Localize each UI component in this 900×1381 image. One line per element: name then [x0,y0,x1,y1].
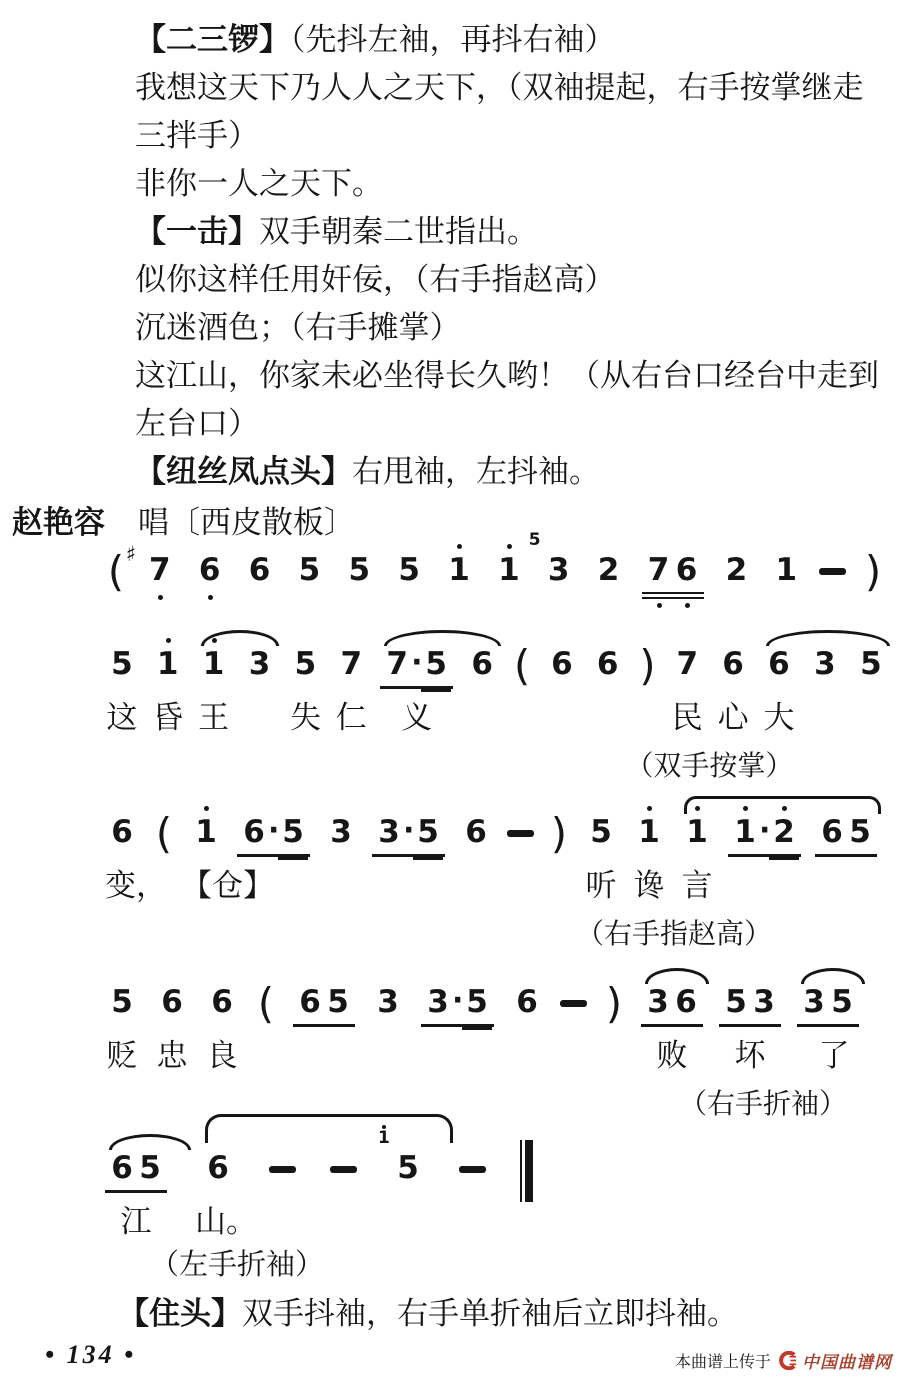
jianpu-note: 6 [673,552,701,588]
slur-group: 635 [762,646,900,682]
text-line: 【纽丝凤点头】右甩袖，左抖袖。 [135,448,897,496]
lyric-syllable: 贬 [107,1030,138,1075]
lyrics-row: 贬忠良败坏了 [105,1030,900,1070]
jianpu-note: 5 [279,814,307,850]
lyric-syllable: 【仓】 [181,860,274,905]
jianpu-notes-row: 65651 [105,1136,900,1202]
lyric-syllable: 心 [718,692,749,737]
music-paren: ( [153,814,175,854]
jianpu-note: 5 [105,984,139,1020]
jianpu-note: 6 [465,646,499,689]
octave-dot-above [457,544,462,549]
stage-direction: （右手指赵高） [576,912,772,952]
duration-dash [560,1000,587,1007]
grace-note: 5 [529,532,541,549]
jianpu-note: 6 [716,646,750,682]
jianpu-note: 6 [193,552,227,588]
augmentation-dot: · [411,646,422,680]
grace-note: 1 [378,1130,390,1147]
duration-dash [819,568,846,575]
beamed-note-group: 65 [293,984,355,1027]
speaker-line: 赵艳容唱〔西皮散板〕 [12,497,872,542]
beamed-note-group: 36 [641,984,703,1027]
music-paren: ) [548,814,570,854]
beamed-note-group: 1·2 [728,814,801,857]
jianpu-note: 3 [800,984,828,1020]
barline-thick [525,1140,533,1202]
text-line: 非你一人之天下。 [135,160,897,208]
jianpu-note: 6 [591,646,625,682]
jianpu-note: 5 [414,814,442,850]
jianpu-note: 3 [750,984,778,1020]
score-page: 【二三锣】（先抖左袖，再抖右袖）我想这天下乃人人之天下，（双袖提起，右手按掌继走… [0,0,900,1381]
jianpu-note: 5 [342,552,376,588]
octave-dot-above [695,806,700,811]
duration-dash [459,1166,486,1173]
duration-dash [330,1166,357,1173]
octave-dot-above [743,806,748,811]
augmentation-dot: · [268,814,279,848]
percussion-pattern-label: 【住头】 [118,1296,242,1331]
slur-group: 651 [201,1150,459,1186]
music-paren: ( [511,646,533,686]
barline-thin [520,1140,522,1202]
jianpu-note: 1 [151,646,185,682]
jianpu-note: 6 [240,814,268,850]
stage-direction-row: （双手按掌） [105,744,900,784]
augmentation-dot: · [403,814,414,848]
lyric-syllable: 江 [121,1196,152,1241]
beamed-note-group: 3·5 [421,984,494,1027]
augmentation-dot: · [452,984,463,1018]
beamed-note-group: 76 [642,552,704,599]
jianpu-note: 3 [324,814,358,850]
octave-dot-above [204,806,209,811]
jianpu-note: 6 [672,984,700,1020]
jianpu-note: 5 [105,646,139,682]
jianpu-note: 7 [670,646,704,682]
stage-direction: （双手按掌） [625,744,793,784]
stage-directions-block: 【二三锣】（先抖左袖，再抖右袖）我想这天下乃人人之天下，（双袖提起，右手按掌继走… [135,16,897,496]
jianpu-note: 1 [680,814,714,857]
music-line-4: 65651江山。 [105,1136,900,1236]
jianpu-note: 3 [371,984,405,1020]
octave-dot-above [507,544,512,549]
augmentation-dot: · [759,814,770,848]
jianpu-note: 1 [492,552,526,588]
upload-note-text: 本曲谱上传于 [675,1349,771,1372]
beamed-note-group: 7·5 [380,646,453,689]
lyric-syllable: 变， [105,860,167,905]
final-barline [520,1140,533,1202]
jianpu-note: 5 [136,1150,164,1186]
jianpu-note: 6 [108,1150,136,1186]
jianpu-note: 1 [189,814,223,850]
text-line: 似你这样任用奸佞，（右手指赵高） [135,256,897,304]
stage-direction-left-sleeve: （左手折袖） [150,1242,324,1283]
octave-dot-above [166,638,171,643]
closing-direction-text: 双手抖袖，右手单折袖后立即抖袖。 [242,1296,738,1331]
jianpu-note: 6 [243,552,277,588]
text-line: 【一击】双手朝秦二世指出。 [135,208,897,256]
speaker-name: 赵艳容 [12,505,105,540]
beamed-note-group: 3·5 [372,814,445,857]
jianpu-note: 5 [463,984,491,1020]
beamed-note-group: 6·5 [237,814,310,857]
jianpu-note: 7 [645,552,673,588]
duration-dash [269,1166,296,1173]
jianpu-note: 35 [542,552,576,588]
jianpu-note: 5 [392,552,426,588]
lyrics-row: 这昏王失仁义民心大 [105,692,900,732]
site-name: 中国曲谱网 [802,1348,892,1373]
jianpu-note: 3 [424,984,452,1020]
music-paren: ) [862,552,884,592]
jianpu-note: 2 [720,552,754,588]
jianpu-note: 7 [383,646,411,682]
music-site-logo-icon [779,1351,798,1370]
jianpu-note: 6 [296,984,324,1020]
beamed-note-group: 53 [719,984,781,1027]
music-paren: ) [637,646,659,686]
music-line-1: 5113577·56(66)76635这昏王失仁义民心大（双手按掌） [105,632,900,792]
lyric-syllable: 坏 [735,1030,766,1075]
lyrics-row: 江山。 [105,1196,900,1236]
text-line: 左台口） [135,400,897,448]
text-line: 【二三锣】（先抖左袖，再抖右袖） [135,16,897,64]
lyric-syllable: 这 [106,692,137,737]
lyric-syllable: 忠 [157,1030,188,1075]
slur-group: 35 [797,984,875,1027]
lyric-syllable: 昏 [152,692,183,737]
jianpu-note: 6 [762,646,796,682]
slur-group: 65 [105,1150,201,1193]
lyric-syllable: 山。 [195,1196,257,1241]
jianpu-note: 1 [769,552,803,588]
jianpu-notes-row: (7♯66555113527621) [105,538,900,599]
jianpu-note: 6 [459,814,493,850]
jianpu-note: 5 [854,646,888,682]
jianpu-note: 5 [289,646,323,682]
stage-direction-row: （右手指赵高） [105,912,900,952]
lyric-syllable: 大 [763,692,794,737]
jianpu-note: 5 [722,984,750,1020]
music-paren: ( [255,984,277,1024]
lyric-syllable: 谗 [634,860,665,905]
lyric-syllable: 仁 [336,692,367,737]
beamed-note-group: 35 [797,984,859,1027]
beamed-note-group: 65 [815,814,877,857]
jianpu-note: 2 [592,552,626,588]
duration-dash [507,830,534,837]
jianpu-note: 2 [770,814,798,850]
lyric-syllable: 民 [672,692,703,737]
slur-group: 11·265 [680,814,891,857]
jianpu-note: 5 [828,984,856,1020]
jianpu-note: 3 [375,814,403,850]
jianpu-note: 3 [243,646,277,682]
jianpu-note: 6 [205,984,239,1020]
jianpu-note: 7 [334,646,368,682]
jianpu-note: 5 [422,646,450,682]
slur-group: 7·56 [380,646,511,689]
jianpu-note: 3 [808,646,842,682]
jianpu-note: 5 [846,814,874,850]
text-line: 三拌手） [135,112,897,160]
slur-group: 36 [641,984,719,1027]
jianpu-note: 1 [632,814,666,850]
octave-dot-above [647,806,652,811]
closing-direction-line: 【住头】双手抖袖，右手单折袖后立即抖袖。 [118,1288,738,1333]
jianpu-note: 5 [324,984,352,1020]
lyric-syllable: 言 [682,860,713,905]
jianpu-note: 6 [545,646,579,682]
sharp-sign: ♯ [126,536,136,572]
aria-type-label: 唱〔西皮散板〕 [138,505,355,540]
jianpu-note: 3 [644,984,672,1020]
jianpu-note: 51 [391,1150,425,1186]
jianpu-note: 6 [155,984,189,1020]
site-watermark: 本曲谱上传于 中国曲谱网 [675,1348,892,1373]
music-paren: ( [105,552,127,592]
jianpu-notes-row: 6(16·533·56)5111·265 [105,800,900,857]
lyric-syllable: 王 [198,692,229,737]
jianpu-notes-row: 5113577·56(66)76635 [105,632,900,689]
octave-dot-above [782,806,787,811]
jianpu-note: 6 [818,814,846,850]
page-number: • 134 • [45,1340,136,1370]
text-line: 这江山，你家未必坐得长久哟！（从右台口经台中走到 [135,352,897,400]
jianpu-note: 1 [197,646,231,682]
music-paren: ) [603,984,625,1024]
jianpu-note: 5 [292,552,326,588]
jianpu-note: 1 [731,814,759,850]
music-line-intro: (7♯66555113527621) [105,538,900,624]
jianpu-note: 6 [105,814,139,850]
jianpu-note: 1 [442,552,476,588]
jianpu-note: 6 [201,1150,235,1186]
octave-dot-above [212,638,217,643]
lyrics-row: 变，【仓】听谗言 [105,860,900,900]
lyric-syllable: 听 [586,860,617,905]
music-line-2: 6(16·533·56)5111·265变，【仓】听谗言（右手指赵高） [105,800,900,962]
music-line-3: 566(6533·56)365335贬忠良败坏了（右手折袖） [105,970,900,1132]
lyric-syllable: 了 [819,1030,850,1075]
jianpu-note: 6 [510,984,544,1020]
lyric-syllable: 良 [207,1030,238,1075]
beamed-note-group: 65 [105,1150,167,1193]
text-line: 我想这天下乃人人之天下，（双袖提起，右手按掌继走 [135,64,897,112]
lyric-syllable: 失 [290,692,321,737]
lyric-syllable: 败 [657,1030,688,1075]
text-line: 沉迷酒色；（右手摊掌） [135,304,897,352]
jianpu-note: 7♯ [143,552,177,588]
slur-group: 13 [197,646,289,682]
jianpu-note: 5 [584,814,618,850]
stage-direction: （右手折袖） [679,1082,847,1122]
jianpu-notes-row: 566(6533·56)365335 [105,970,900,1027]
lyric-syllable: 义 [401,692,432,737]
